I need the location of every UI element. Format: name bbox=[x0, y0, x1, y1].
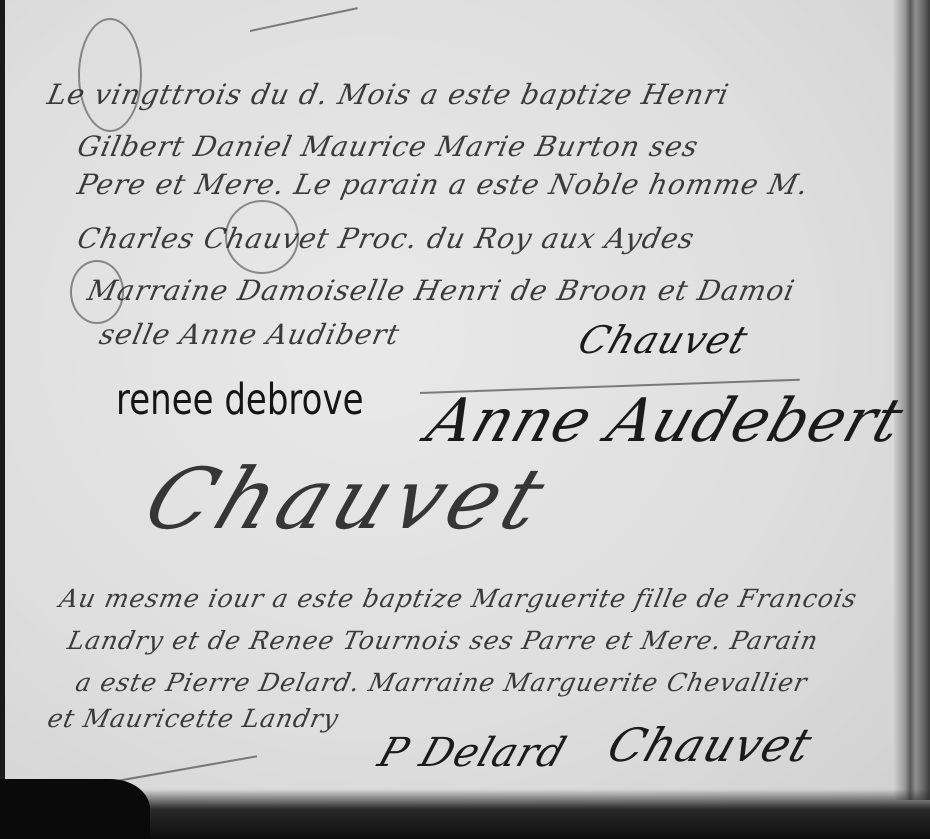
signature-chauvet-large: Chauvet bbox=[132, 450, 563, 548]
entry2-line4: et Mauricette Landry bbox=[45, 704, 342, 733]
signature-p-delard: P Delard bbox=[373, 730, 573, 776]
entry1-line4: Charles Chauvet Proc. du Roy aux Aydes bbox=[74, 222, 697, 255]
signature-chauvet-1: Chauvet bbox=[573, 318, 754, 362]
pen-stroke-top bbox=[250, 7, 358, 32]
entry1-line2: Gilbert Daniel Maurice Marie Burton ses bbox=[74, 130, 701, 163]
entry2-line1: Au mesme iour a este baptize Marguerite … bbox=[57, 584, 860, 613]
manuscript-page: Le vingttrois du d. Mois a este baptize … bbox=[0, 0, 930, 839]
entry1-line5: Marraine Damoiselle Henri de Broon et Da… bbox=[84, 274, 798, 307]
page-corner-shadow bbox=[0, 779, 150, 839]
signature-renee-debrove: renee debrove bbox=[116, 375, 364, 425]
page-left-edge bbox=[0, 0, 5, 839]
entry2-line2: Landry et de Renee Tournois ses Parre et… bbox=[65, 626, 821, 655]
entry1-line1: Le vingttrois du d. Mois a este baptize … bbox=[44, 78, 732, 111]
entry2-line3: a este Pierre Delard. Marraine Marguerit… bbox=[73, 668, 810, 697]
entry1-line3: Pere et Mere. Le parain a este Noble hom… bbox=[74, 168, 811, 201]
signature-chauvet-2: Chauvet bbox=[601, 718, 819, 772]
flourish-top bbox=[78, 18, 142, 132]
signature-anne-audebert: Anne Audebert bbox=[419, 386, 913, 456]
entry1-line6: selle Anne Audibert bbox=[96, 318, 402, 351]
